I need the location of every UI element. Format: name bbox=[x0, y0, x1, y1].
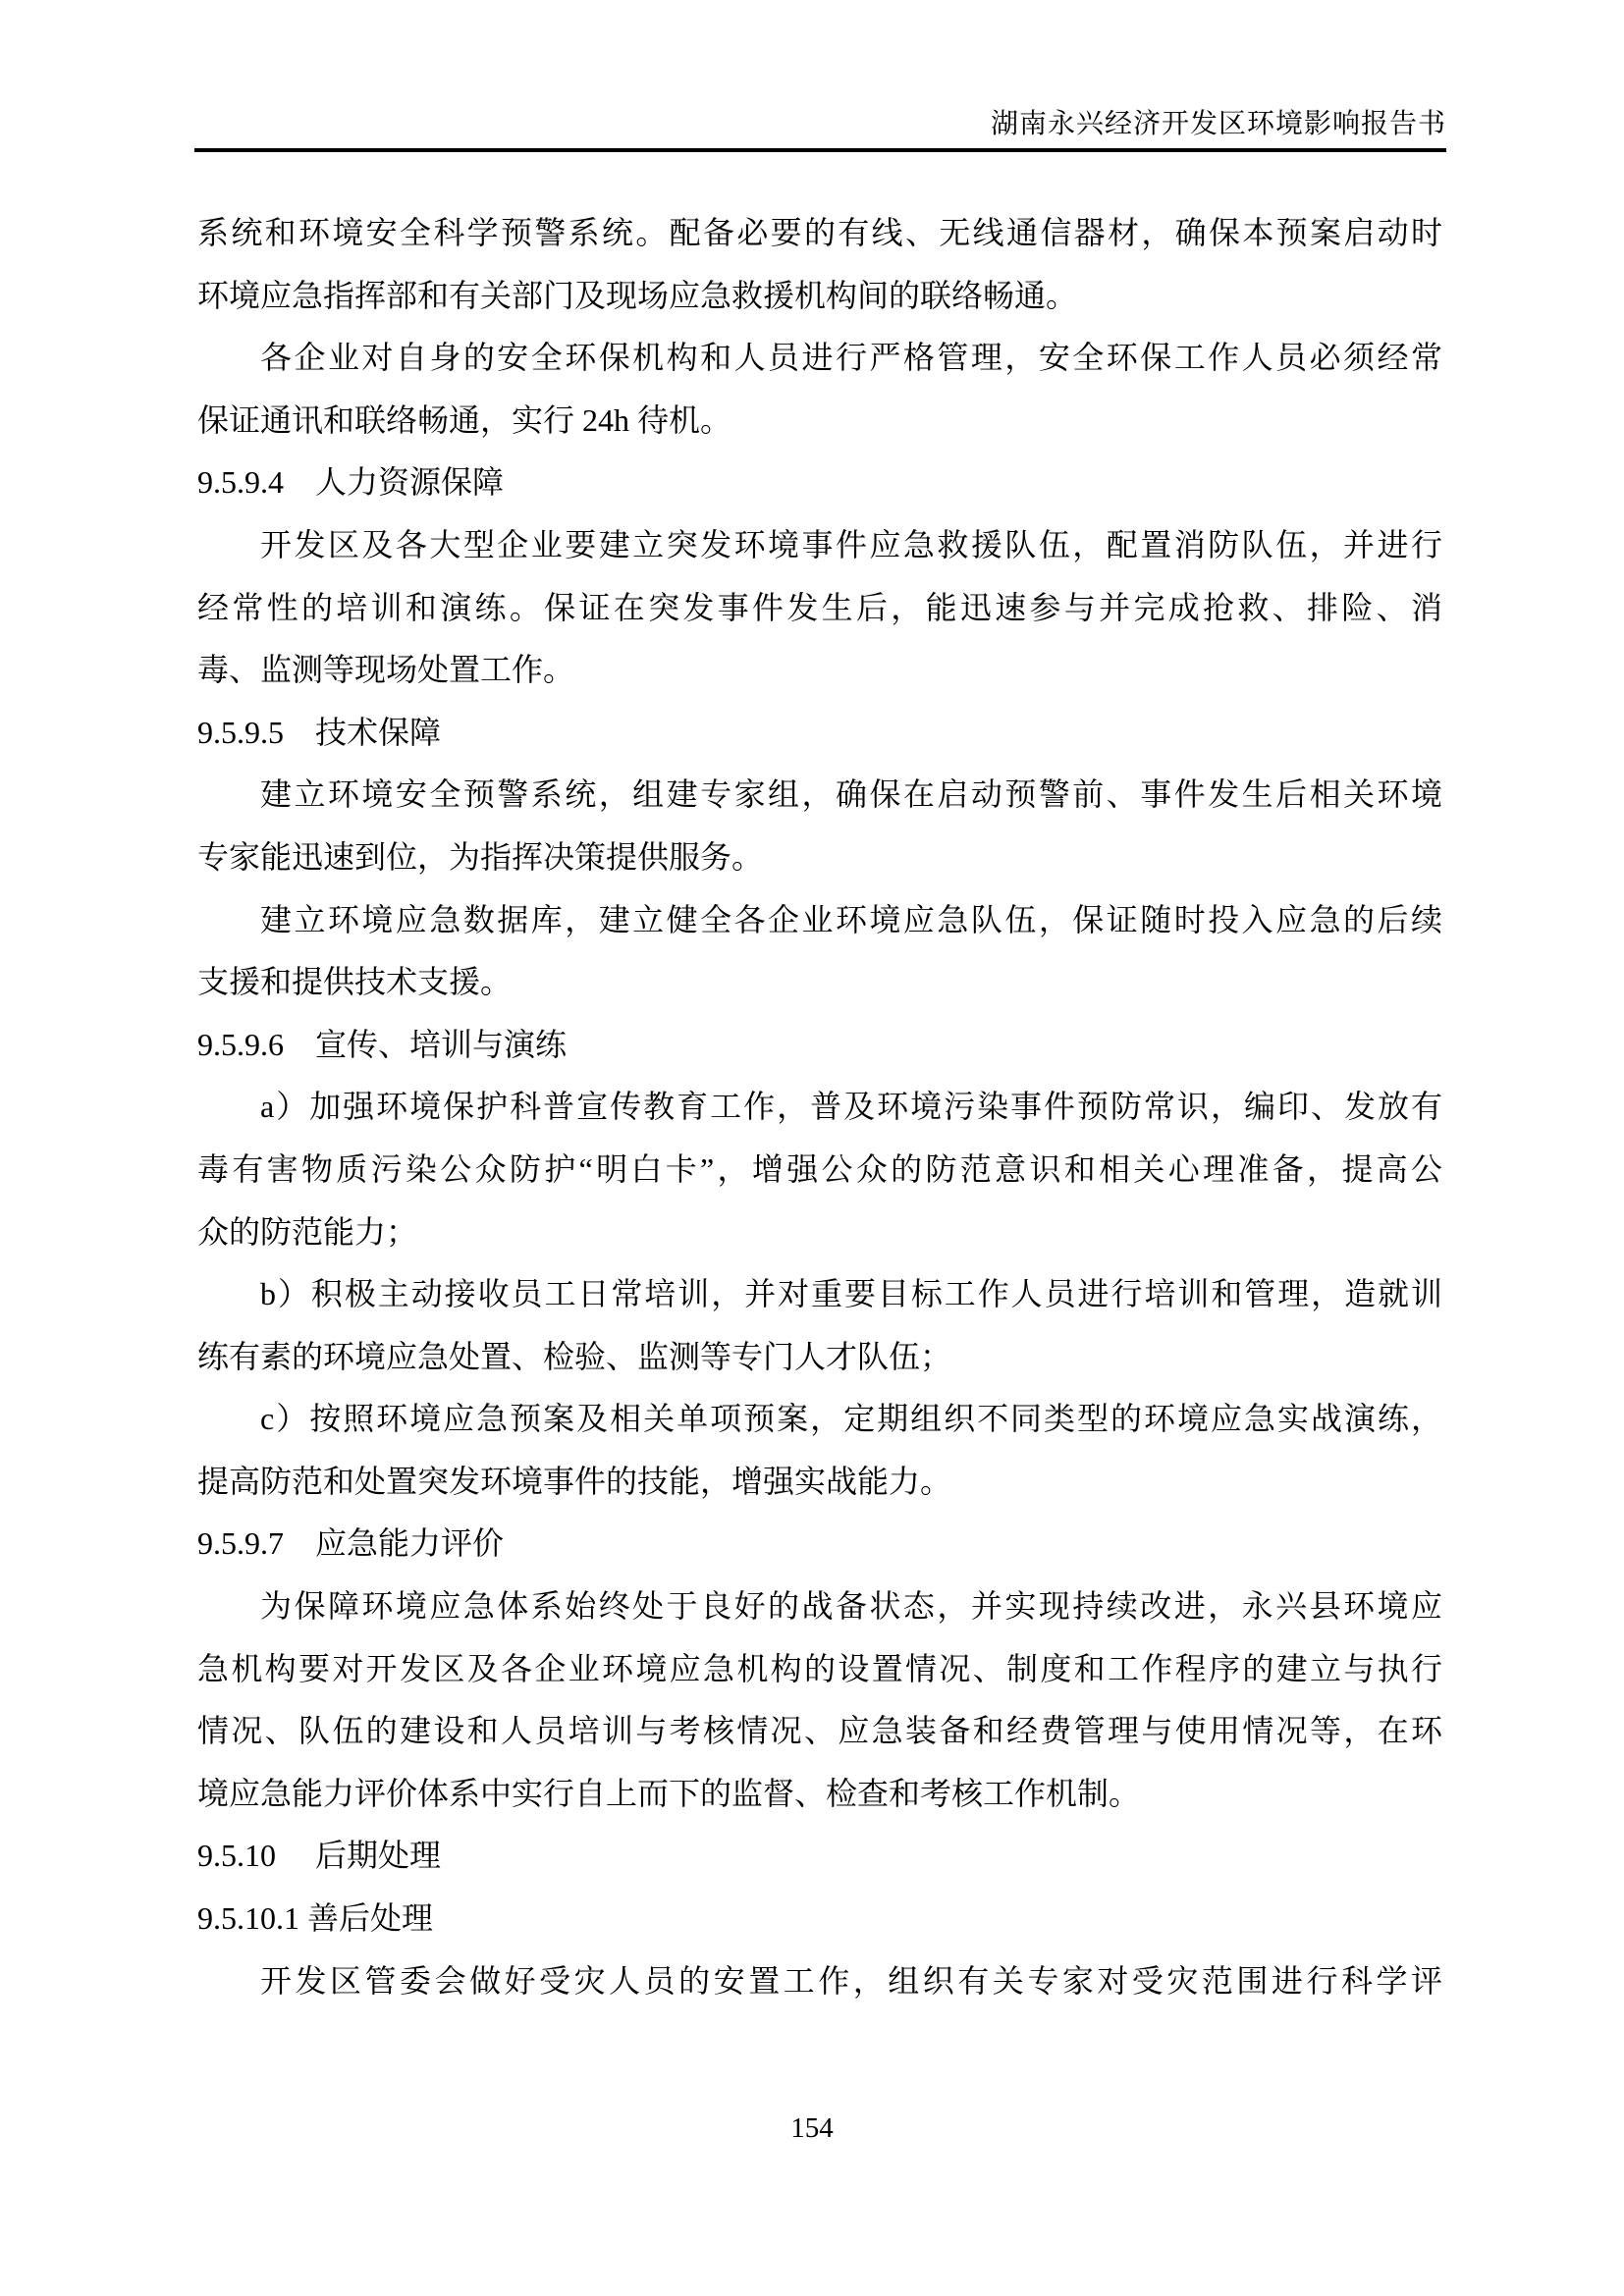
text-line: 情况、队伍的建设和人员培训与考核情况、应急装备和经费管理与使用情况等，在环 bbox=[197, 1700, 1442, 1763]
text-line: 毒有害物质污染公众防护“明白卡”，增强公众的防范意识和相关心理准备，提高公 bbox=[197, 1139, 1442, 1201]
document-body: 系统和环境安全科学预警系统。配备必要的有线、无线通信器材，确保本预案启动时环境应… bbox=[197, 202, 1442, 2012]
section-heading: 9.5.9.7 应急能力评价 bbox=[197, 1513, 1442, 1575]
text-line: 练有素的环境应急处置、检验、监测等专门人才队伍； bbox=[197, 1326, 1442, 1389]
text-line: 开发区管委会做好受灾人员的安置工作，组织有关专家对受灾范围进行科学评 bbox=[197, 1950, 1442, 2013]
section-heading: 9.5.9.4 人力资源保障 bbox=[197, 452, 1442, 514]
text-line: 开发区及各大型企业要建立突发环境事件应急救援队伍，配置消防队伍，并进行 bbox=[197, 514, 1442, 577]
page-number: 154 bbox=[790, 2112, 834, 2144]
text-line: 境应急能力评价体系中实行自上而下的监督、检查和考核工作机制。 bbox=[197, 1763, 1442, 1826]
text-line: 急机构要对开发区及各企业环境应急机构的设置情况、制度和工作程序的建立与执行 bbox=[197, 1638, 1442, 1701]
page-header: 湖南永兴经济开发区环境影响报告书 bbox=[194, 0, 1446, 152]
header-title: 湖南永兴经济开发区环境影响报告书 bbox=[991, 102, 1446, 141]
text-line: c）按照环境应急预案及相关单项预案，定期组织不同类型的环境应急实战演练， bbox=[197, 1388, 1442, 1451]
text-line: 专家能迅速到位，为指挥决策提供服务。 bbox=[197, 827, 1442, 889]
section-heading: 9.5.10 后期处理 bbox=[197, 1825, 1442, 1888]
text-line: 经常性的培训和演练。保证在突发事件发生后，能迅速参与并完成抢救、排险、消 bbox=[197, 577, 1442, 640]
section-heading: 9.5.10.1 善后处理 bbox=[197, 1888, 1442, 1950]
text-line: 毒、监测等现场处置工作。 bbox=[197, 639, 1442, 702]
text-line: 为保障环境应急体系始终处于良好的战备状态，并实现持续改进，永兴县环境应 bbox=[197, 1575, 1442, 1638]
page-footer: 154 bbox=[0, 2112, 1624, 2145]
section-heading: 9.5.9.5 技术保障 bbox=[197, 702, 1442, 765]
text-line: 众的防范能力； bbox=[197, 1201, 1442, 1264]
text-line: a）加强环境保护科普宣传教育工作，普及环境污染事件预防常识，编印、发放有 bbox=[197, 1076, 1442, 1139]
text-line: b）积极主动接收员工日常培训，并对重要目标工作人员进行培训和管理，造就训 bbox=[197, 1263, 1442, 1326]
section-heading: 9.5.9.6 宣传、培训与演练 bbox=[197, 1014, 1442, 1077]
text-line: 各企业对自身的安全环保机构和人员进行严格管理，安全环保工作人员必须经常 bbox=[197, 327, 1442, 390]
text-line: 建立环境安全预警系统，组建专家组，确保在启动预警前、事件发生后相关环境 bbox=[197, 764, 1442, 827]
text-line: 提高防范和处置突发环境事件的技能，增强实战能力。 bbox=[197, 1451, 1442, 1514]
text-line: 系统和环境安全科学预警系统。配备必要的有线、无线通信器材，确保本预案启动时 bbox=[197, 202, 1442, 265]
text-line: 建立环境应急数据库，建立健全各企业环境应急队伍，保证随时投入应急的后续 bbox=[197, 889, 1442, 952]
text-line: 支援和提供技术支援。 bbox=[197, 951, 1442, 1014]
document-page: 湖南永兴经济开发区环境影响报告书 系统和环境安全科学预警系统。配备必要的有线、无… bbox=[0, 0, 1624, 2296]
text-line: 保证通讯和联络畅通，实行 24h 待机。 bbox=[197, 390, 1442, 453]
text-line: 环境应急指挥部和有关部门及现场应急救援机构间的联络畅通。 bbox=[197, 265, 1442, 328]
